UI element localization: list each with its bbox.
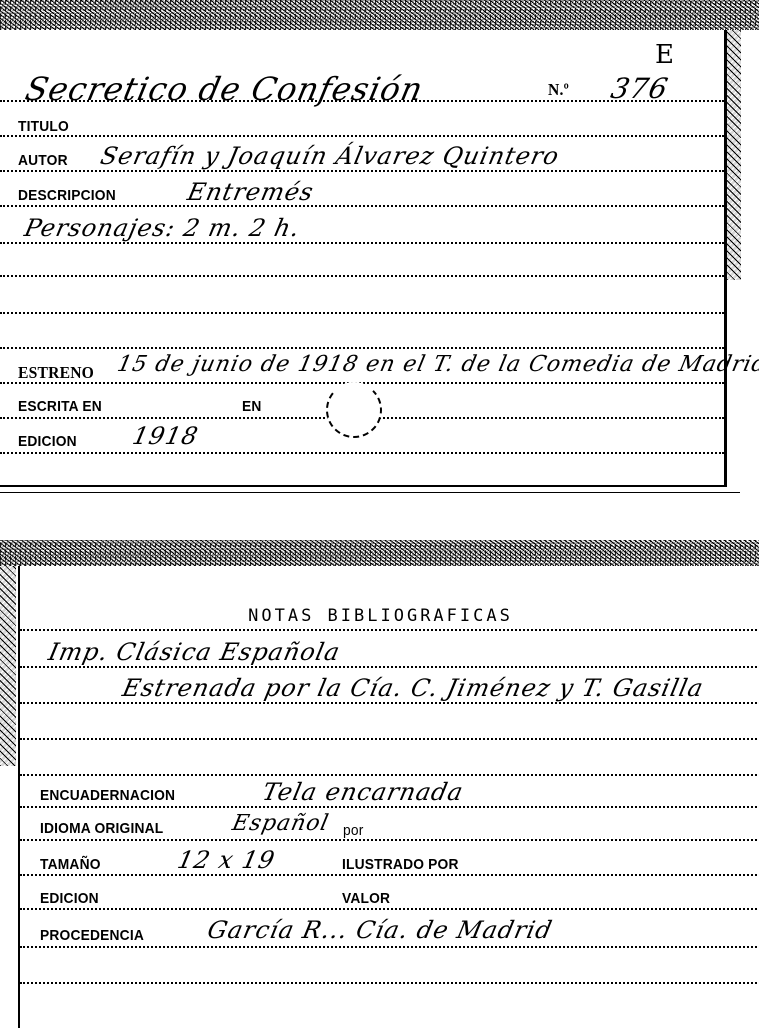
catalog-card-front: Secretico de Confesión N.º 376 E TITULO … [0,30,727,487]
rule-line [20,774,759,776]
por-label: por [343,822,363,839]
notas-heading: NOTAS BIBLIOGRAFICAS [0,606,759,626]
edicion-label: EDICION [18,433,77,450]
rule-line [20,806,759,808]
descripcion-label: DESCRIPCION [18,187,116,204]
series-letter: E [655,40,675,70]
rule-line [20,908,759,910]
encuadernacion-label: ENCUADERNACION [40,787,175,804]
scan-noise-right-edge [727,30,741,280]
valor-label: VALOR [342,890,390,907]
titulo-label: TITULO [18,118,69,135]
rule-line [0,170,724,172]
rule-line [0,347,724,349]
estreno-value: 15 de junio de 1918 en el T. de la Comed… [115,352,759,377]
personajes-value: Personajes: 2 m. 2 h. [22,214,303,242]
tamano-value: 12 x 19 [175,846,278,874]
procedencia-value: García R... Cía. de Madrid [205,916,555,944]
rule-line [0,205,724,207]
scan-noise-middle [0,540,759,566]
note-line-1: Imp. Clásica Española [46,638,343,666]
rule-line [0,135,724,137]
number-label: N.º [548,80,569,100]
rule-line [20,738,759,740]
rule-line [20,982,759,984]
autor-value: Serafín y Joaquín Álvarez Quintero [98,142,562,170]
procedencia-label: PROCEDENCIA [40,927,144,944]
ilustrado-por-label: ILUSTRADO POR [342,856,459,873]
rule-line [20,839,759,841]
edicion-back-label: EDICION [40,890,99,907]
en-label: EN [242,398,262,415]
rule-line [20,946,759,948]
rule-line [0,242,724,244]
idioma-original-label: IDIOMA ORIGINAL [40,820,163,837]
descripcion-value: Entremés [185,178,317,206]
autor-label: AUTOR [18,152,68,169]
rule-line [20,702,759,704]
rule-line [0,100,724,102]
note-line-2: Estrenada por la Cía. C. Jiménez y T. Ga… [120,674,706,702]
rule-line [20,874,759,876]
escrita-en-label: ESCRITA EN [18,398,102,415]
rule-line [0,452,724,454]
rule-line [0,275,724,277]
tamano-label: TAMAÑO [40,856,101,873]
edicion-value: 1918 [130,422,201,450]
scan-noise-left-edge [0,566,16,766]
estreno-label: ESTRENO [18,363,94,383]
encuadernacion-value: Tela encarnada [260,778,466,806]
scan-noise-top [0,0,759,30]
catalog-card-back: NOTAS BIBLIOGRAFICAS Imp. Clásica Españo… [18,566,759,1028]
rule-line [20,666,759,668]
card-separator [0,492,740,493]
punch-hole [326,382,382,438]
title-handwritten: Secretico de Confesión [22,70,427,108]
rule-line [0,312,724,314]
idioma-original-value: Español [230,811,331,836]
rule-line [20,629,759,631]
